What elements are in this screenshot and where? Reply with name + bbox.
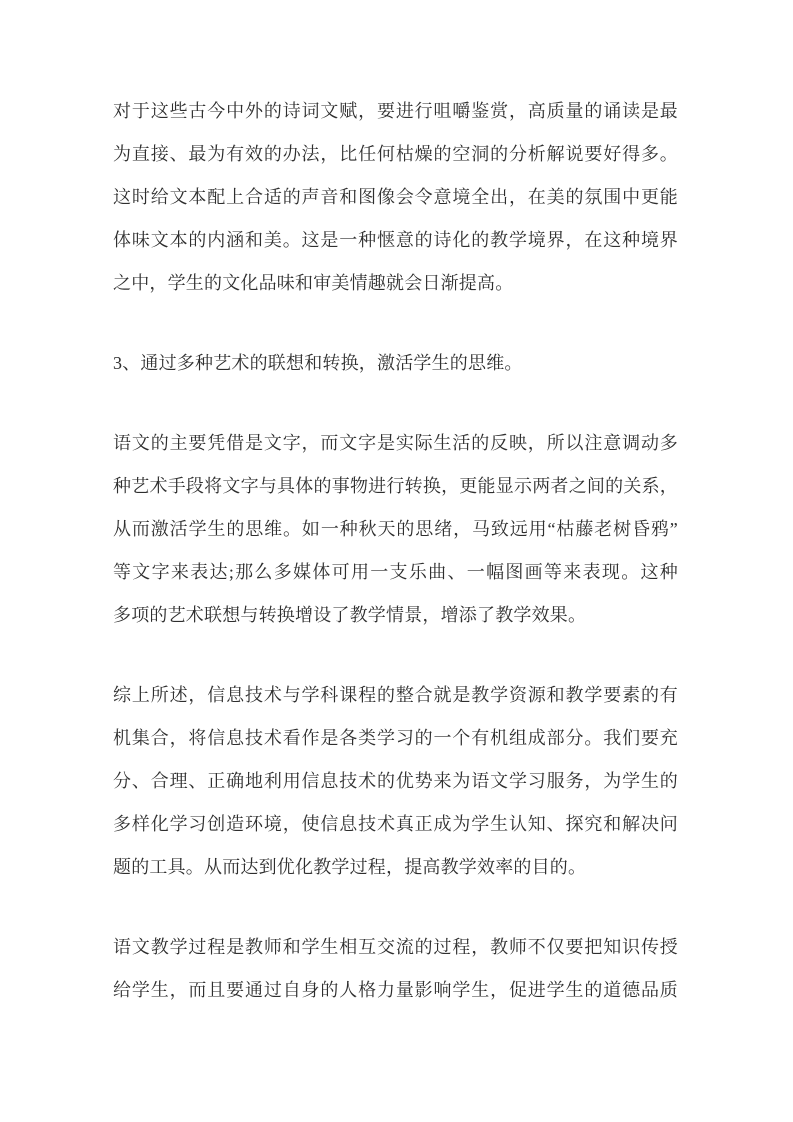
paragraph-3: 语文的主要凭借是文字，而文字是实际生活的反映，所以注意调动多 种艺术手段将文字与… <box>113 422 678 637</box>
text-line: 综上所述，信息技术与学科课程的整合就是教学资源和教学要素的有 <box>113 674 678 717</box>
text-line: 给学生，而且要通过自身的人格力量影响学生，促进学生的道德品质 <box>113 969 678 1012</box>
paragraph-1: 对于这些古今中外的诗词文赋，要进行咀嚼鉴赏，高质量的诵读是最 为直接、最为有效的… <box>113 90 678 305</box>
text-line: 从而激活学生的思维。如一种秋天的思绪，马致远用“枯藤老树昏鸦” <box>113 508 678 551</box>
paragraph-4: 综上所述，信息技术与学科课程的整合就是教学资源和教学要素的有 机集合，将信息技术… <box>113 674 678 889</box>
text-line: 种艺术手段将文字与具体的事物进行转换，更能显示两者之间的关系， <box>113 465 678 508</box>
text-line: 这时给文本配上合适的声音和图像会令意境全出，在美的氛围中更能 <box>113 176 678 219</box>
text-line: 之中，学生的文化品味和审美情趣就会日渐提高。 <box>113 262 678 305</box>
text-line: 语文教学过程是教师和学生相互交流的过程，教师不仅要把知识传授 <box>113 926 678 969</box>
text-line: 为直接、最为有效的办法，比任何枯燥的空洞的分析解说要好得多。 <box>113 133 678 176</box>
text-line: 语文的主要凭借是文字，而文字是实际生活的反映，所以注意调动多 <box>113 422 678 465</box>
paragraph-5: 语文教学过程是教师和学生相互交流的过程，教师不仅要把知识传授 给学生，而且要通过… <box>113 926 678 1012</box>
text-line: 等文字来表达;那么多媒体可用一支乐曲、一幅图画等来表现。这种 <box>113 551 678 594</box>
document-page: 对于这些古今中外的诗词文赋，要进行咀嚼鉴赏，高质量的诵读是最 为直接、最为有效的… <box>0 0 793 1122</box>
text-line: 机集合，将信息技术看作是各类学习的一个有机组成部分。我们要充 <box>113 717 678 760</box>
text-line: 多样化学习创造环境，使信息技术真正成为学生认知、探究和解决问 <box>113 803 678 846</box>
text-line: 题的工具。从而达到优化教学过程，提高教学效率的目的。 <box>113 846 678 889</box>
document-body: 对于这些古今中外的诗词文赋，要进行咀嚼鉴赏，高质量的诵读是最 为直接、最为有效的… <box>113 90 678 1012</box>
text-line: 体味文本的内涵和美。这是一种惬意的诗化的教学境界，在这种境界 <box>113 219 678 262</box>
paragraph-2-list-heading: 3、通过多种艺术的联想和转换，激活学生的思维。 <box>113 342 678 385</box>
text-line: 对于这些古今中外的诗词文赋，要进行咀嚼鉴赏，高质量的诵读是最 <box>113 90 678 133</box>
text-line: 多项的艺术联想与转换增设了教学情景，增添了教学效果。 <box>113 594 678 637</box>
list-item-heading: 3、通过多种艺术的联想和转换，激活学生的思维。 <box>113 342 678 385</box>
text-line: 分、合理、正确地利用信息技术的优势来为语文学习服务，为学生的 <box>113 760 678 803</box>
